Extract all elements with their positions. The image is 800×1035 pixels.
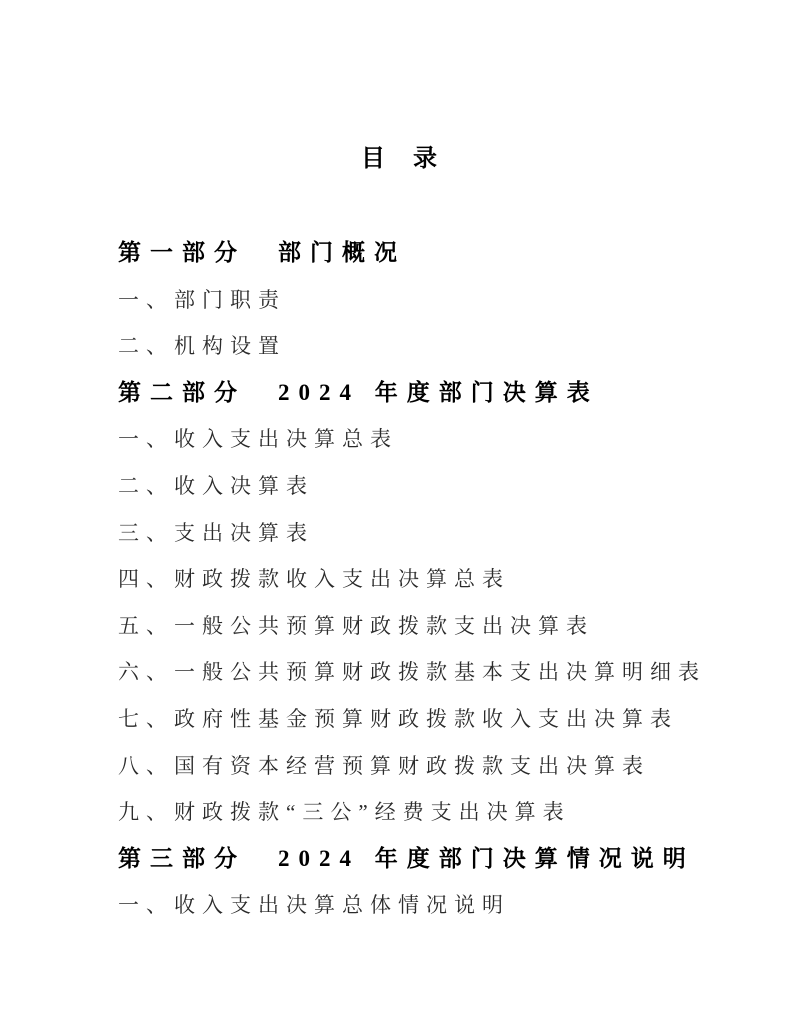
toc-entry: 四、财政拨款收入支出决算总表 [118,556,740,603]
toc-section-heading-part2: 第二部分 2024 年度部门决算表 [118,370,740,417]
toc-entry: 一、收入支出决算总表 [118,416,740,463]
toc-entry: 九、财政拨款“三公”经费支出决算表 [118,789,740,836]
toc-entry: 七、政府性基金预算财政拨款收入支出决算表 [118,696,740,743]
document-page: 目 录 第一部分 部门概况 一、部门职责 二、机构设置 第二部分 2024 年度… [0,0,800,1035]
toc-entry: 二、机构设置 [118,323,740,370]
toc-entry: 一、收入支出决算总体情况说明 [118,882,740,929]
toc-entry: 五、一般公共预算财政拨款支出决算表 [118,603,740,650]
toc-entry: 三、支出决算表 [118,510,740,557]
toc-entry: 八、国有资本经营预算财政拨款支出决算表 [118,743,740,790]
toc-entry: 六、一般公共预算财政拨款基本支出决算明细表 [118,649,740,696]
page-title: 目 录 [0,138,800,173]
toc-entry: 一、部门职责 [118,277,740,324]
toc-section-heading-part3: 第三部分 2024 年度部门决算情况说明 [118,836,740,883]
toc-section-heading-part1: 第一部分 部门概况 [118,230,740,277]
toc-entry: 二、收入决算表 [118,463,740,510]
table-of-contents: 第一部分 部门概况 一、部门职责 二、机构设置 第二部分 2024 年度部门决算… [118,230,740,929]
